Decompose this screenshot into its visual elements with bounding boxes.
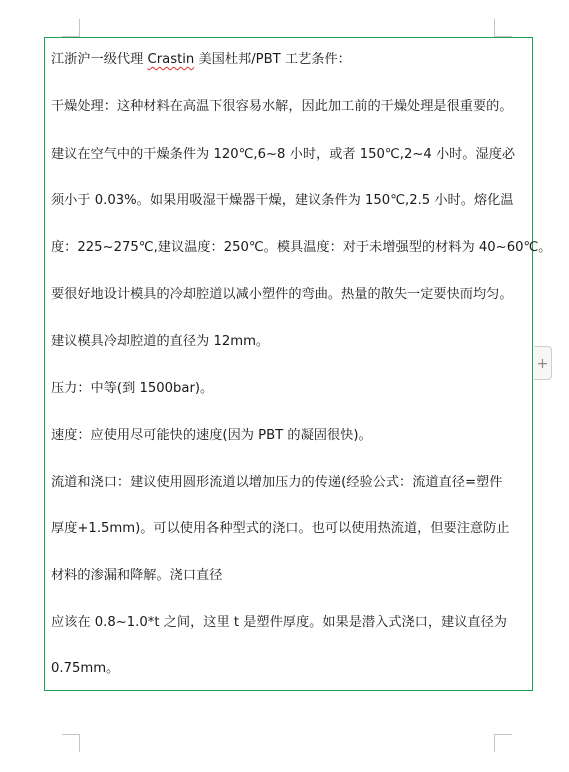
page-margin-corner-top-left (62, 19, 80, 37)
text-line-5: 度：225~275℃,建议温度：250℃。模具温度：对于未增强型的材料为 40~… (51, 239, 552, 257)
page-margin-corner-bottom-left (62, 734, 80, 752)
page-margin-corner-bottom-right (494, 734, 512, 752)
text-line-10: 流道和浇口：建议使用圆形流道以增加压力的传递(经验公式：流道直径=塑件 (51, 474, 502, 492)
page-margin-corner-top-right (494, 19, 512, 37)
plus-icon: + (537, 356, 549, 372)
text-line-7: 建议模具冷却腔道的直径为 12mm。 (51, 333, 269, 351)
text-line-13: 应该在 0.8~1.0*t 之间，这里 t 是塑件厚度。如果是潜入式浇口，建议直… (51, 614, 507, 632)
text-span: 江浙沪一级代理 (51, 52, 148, 67)
text-line-1: 江浙沪一级代理 Crastin 美国杜邦/PBT 工艺条件： (51, 51, 351, 69)
text-span: 美国杜邦/PBT 工艺条件： (194, 52, 351, 67)
text-line-14: 0.75mm。 (51, 660, 119, 678)
text-line-12: 材料的渗漏和降解。浇口直径 (51, 567, 222, 585)
text-line-8: 压力：中等(到 1500bar)。 (51, 380, 213, 398)
misspelled-word[interactable]: Crastin (148, 52, 195, 67)
text-line-11: 厚度+1.5mm)。可以使用各种型式的浇口。也可以使用热流道，但要注意防止 (51, 520, 509, 538)
text-line-2: 干燥处理：这种材料在高温下很容易水解，因此加工前的干燥处理是很重要的。 (51, 98, 513, 116)
text-box[interactable]: 江浙沪一级代理 Crastin 美国杜邦/PBT 工艺条件： 干燥处理：这种材料… (44, 37, 533, 691)
text-line-4: 须小于 0.03%。如果用吸湿干燥器干燥，建议条件为 150℃,2.5 小时。熔… (51, 192, 514, 210)
add-button[interactable]: + (534, 346, 552, 380)
text-line-6: 要很好地设计模具的冷却腔道以减小塑件的弯曲。热量的散失一定要快而均匀。 (51, 286, 513, 304)
text-line-9: 速度：应使用尽可能快的速度(因为 PBT 的凝固很快)。 (51, 427, 372, 445)
text-line-3: 建议在空气中的干燥条件为 120℃,6~8 小时，或者 150℃,2~4 小时。… (51, 146, 515, 164)
